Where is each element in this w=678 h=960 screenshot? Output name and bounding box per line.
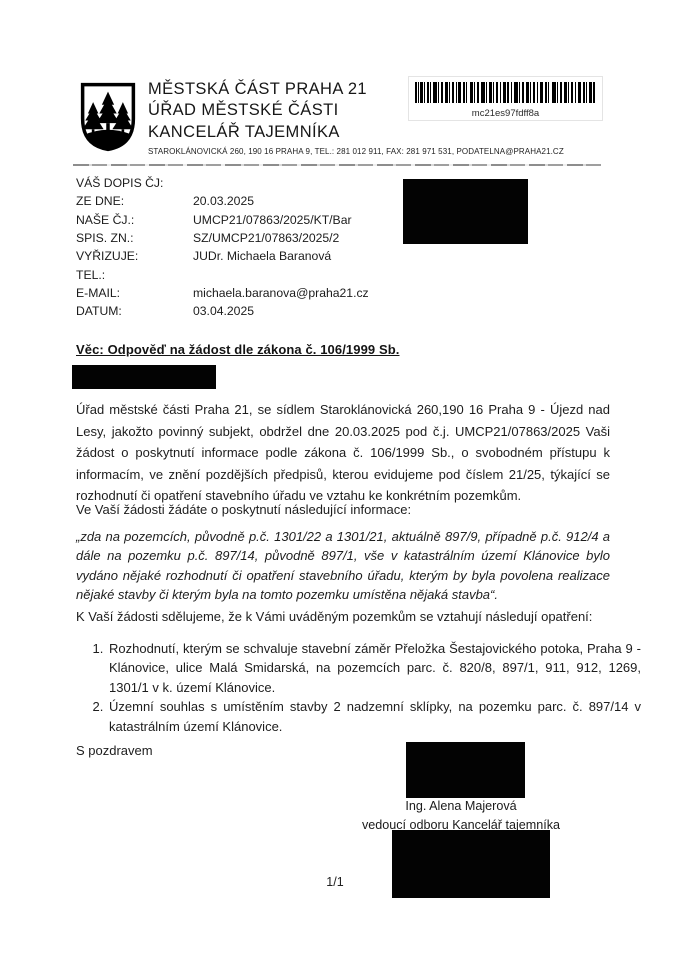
meta-label: TEL.: (76, 266, 193, 284)
meta-value: JUDr. Michaela Baranová (193, 249, 331, 263)
meta-value: UMCP21/07863/2025/KT/Bar (193, 213, 352, 227)
subject-line: Věc: Odpověď na žádost dle zákona č. 106… (76, 342, 399, 357)
meta-row-vas-dopis: VÁŠ DOPIS ČJ: (76, 174, 369, 192)
redaction-box-signature (406, 742, 525, 798)
meta-row-nase-cj: NAŠE ČJ.:UMCP21/07863/2025/KT/Bar (76, 211, 369, 229)
meta-row-datum: DATUM:03.04.2025 (76, 302, 369, 320)
meta-value: 20.03.2025 (193, 194, 254, 208)
page-number: 1/1 (0, 875, 670, 889)
meta-label: VÁŠ DOPIS ČJ: (76, 174, 193, 192)
barcode-label: mc21es97fdff8a (409, 108, 602, 119)
meta-row-tel: TEL.: (76, 266, 369, 284)
header-separator-line (73, 164, 601, 166)
meta-row-vyrizuje: VYŘIZUJE:JUDr. Michaela Baranová (76, 247, 369, 265)
paragraph-request-lead: Ve Vaší žádosti žádáte o poskytnutí násl… (76, 500, 610, 520)
meta-label: SPIS. ZN.: (76, 229, 193, 247)
org-name-line3: KANCELÁŘ TAJEMNÍKA (148, 122, 564, 143)
paragraph-quoted-request: „zda na pozemcích, původně p.č. 1301/22 … (76, 527, 610, 605)
meta-label: DATUM: (76, 302, 193, 320)
org-address-line: STAROKLÁNOVICKÁ 260, 190 16 PRAHA 9, TEL… (148, 147, 564, 156)
redaction-box-addressee (72, 365, 216, 389)
coat-of-arms-logo (79, 82, 137, 152)
barcode: mc21es97fdff8a (408, 76, 603, 121)
meta-row-spis-zn: SPIS. ZN.:SZ/UMCP21/07863/2025/2 (76, 229, 369, 247)
letter-page: MĚSTSKÁ ČÁST PRAHA 21 ÚŘAD MĚSTSKÉ ČÁSTI… (0, 0, 678, 960)
meta-value: 03.04.2025 (193, 304, 254, 318)
list-item: Územní souhlas s umístěním stavby 2 nadz… (107, 697, 641, 736)
meta-row-email: E-MAIL:michaela.baranova@praha21.cz (76, 284, 369, 302)
meta-value: michaela.baranova@praha21.cz (193, 286, 369, 300)
signer-name: Ing. Alena Majerová (348, 797, 574, 816)
signer-block: Ing. Alena Majerová vedoucí odboru Kance… (348, 797, 574, 834)
barcode-bars-icon (415, 82, 596, 103)
meta-row-ze-dne: ZE DNE:20.03.2025 (76, 192, 369, 210)
meta-label: E-MAIL: (76, 284, 193, 302)
paragraph-answer-lead: K Vaší žádosti sdělujeme, že k Vámi uvád… (76, 607, 610, 627)
meta-value: SZ/UMCP21/07863/2025/2 (193, 231, 339, 245)
redaction-box-recipient (403, 179, 528, 244)
meta-label: ZE DNE: (76, 192, 193, 210)
meta-label: VYŘIZUJE: (76, 247, 193, 265)
meta-label: NAŠE ČJ.: (76, 211, 193, 229)
measures-list: Rozhodnutí, kterým se schvaluje stavební… (76, 639, 641, 736)
paragraph-intro: Úřad městské části Praha 21, se sídlem S… (76, 399, 610, 507)
letter-metadata: VÁŠ DOPIS ČJ: ZE DNE:20.03.2025 NAŠE ČJ.… (76, 174, 369, 321)
list-item: Rozhodnutí, kterým se schvaluje stavební… (107, 639, 641, 697)
salutation: S pozdravem (76, 743, 153, 758)
